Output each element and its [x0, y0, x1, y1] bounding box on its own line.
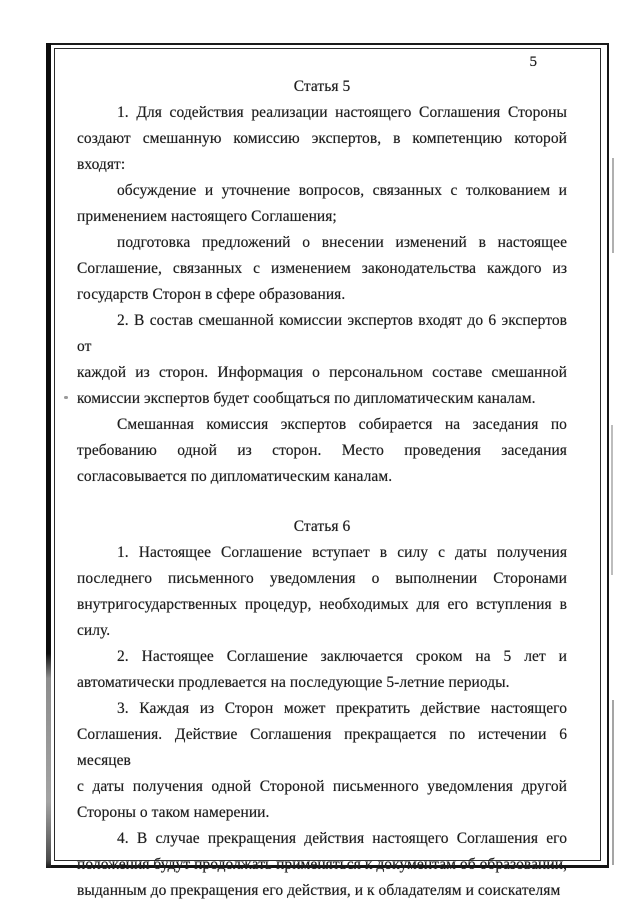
page-content: 5 Статья 5 1. Для содействия реализации … — [55, 49, 600, 860]
text-line: 1. Настоящее Соглашение вступает в силу … — [77, 540, 567, 566]
scanned-document-page: 5 Статья 5 1. Для содействия реализации … — [0, 0, 640, 905]
text-line: 2. В состав смешанной комиссии экспертов… — [77, 308, 567, 360]
article-5-paragraph-5: Смешанная комиссия экспертов собирается … — [77, 412, 567, 490]
scan-artifact — [612, 700, 614, 865]
page-border-inner: 5 Статья 5 1. Для содействия реализации … — [54, 48, 601, 861]
article-6-paragraph-2: 2. Настоящее Соглашение заключается срок… — [77, 644, 567, 696]
text-line: требованию одной из сторон. Место провед… — [77, 438, 567, 464]
scan-artifact — [611, 425, 613, 575]
text-line: подготовка предложений о внесении измене… — [77, 230, 567, 256]
text-line: создают смешанную комиссию экспертов, в … — [77, 126, 567, 178]
text-line: 2. Настоящее Соглашение заключается срок… — [77, 644, 567, 670]
text-line: согласовывается по дипломатическим канал… — [77, 464, 567, 490]
article-5-paragraph-2: обсуждение и уточнение вопросов, связанн… — [77, 178, 567, 230]
article-5-paragraph-3: подготовка предложений о внесении измене… — [77, 230, 567, 308]
text-line: 1. Для содействия реализации настоящего … — [77, 100, 567, 126]
article-5-title: Статья 5 — [77, 74, 567, 100]
text-line: Стороны о таком намерении. — [77, 800, 567, 826]
text-line: комиссии экспертов будет сообщаться по д… — [77, 386, 567, 412]
text-line: положения будут продолжать применяться к… — [77, 852, 567, 878]
text-line: каждой из сторон. Информация о персональ… — [77, 360, 567, 386]
article-6-title: Статья 6 — [77, 514, 567, 540]
text-line: с даты получения одной Стороной письменн… — [77, 774, 567, 800]
text-line: Соглашение, связанных с изменением закон… — [77, 256, 567, 282]
article-5-paragraph-1: 1. Для содействия реализации настоящего … — [77, 100, 567, 178]
article-6-paragraph-1: 1. Настоящее Соглашение вступает в силу … — [77, 540, 567, 644]
article-5-paragraph-4: 2. В состав смешанной комиссии экспертов… — [77, 308, 567, 412]
page-border-outer: 5 Статья 5 1. Для содействия реализации … — [51, 43, 609, 868]
article-6-paragraph-3: 3. Каждая из Сторон может прекратить дей… — [77, 696, 567, 826]
text-line: выданным до прекращения его действия, и … — [77, 878, 567, 904]
article-6-paragraph-4: 4. В случае прекращения действия настоящ… — [77, 826, 567, 904]
text-line: последнего письменного уведомления о вып… — [77, 566, 567, 592]
text-line: 3. Каждая из Сторон может прекратить дей… — [77, 696, 567, 722]
text-line: автоматически продлевается на последующи… — [77, 670, 567, 696]
text-line: внутригосударственных процедур, необходи… — [77, 592, 567, 618]
page-border-left-edge — [46, 43, 51, 868]
text-line: силу. — [77, 618, 567, 644]
text-line: применением настоящего Соглашения; — [77, 204, 567, 230]
text-line: обсуждение и уточнение вопросов, связанн… — [77, 178, 567, 204]
text-line: 4. В случае прекращения действия настоящ… — [77, 826, 567, 852]
scan-artifact — [612, 158, 614, 253]
text-line: Смешанная комиссия экспертов собирается … — [77, 412, 567, 438]
text-line: Соглашения. Действие Соглашения прекраща… — [77, 722, 567, 774]
page-number: 5 — [77, 54, 537, 70]
text-line: государств Сторон в сфере образования. — [77, 282, 567, 308]
